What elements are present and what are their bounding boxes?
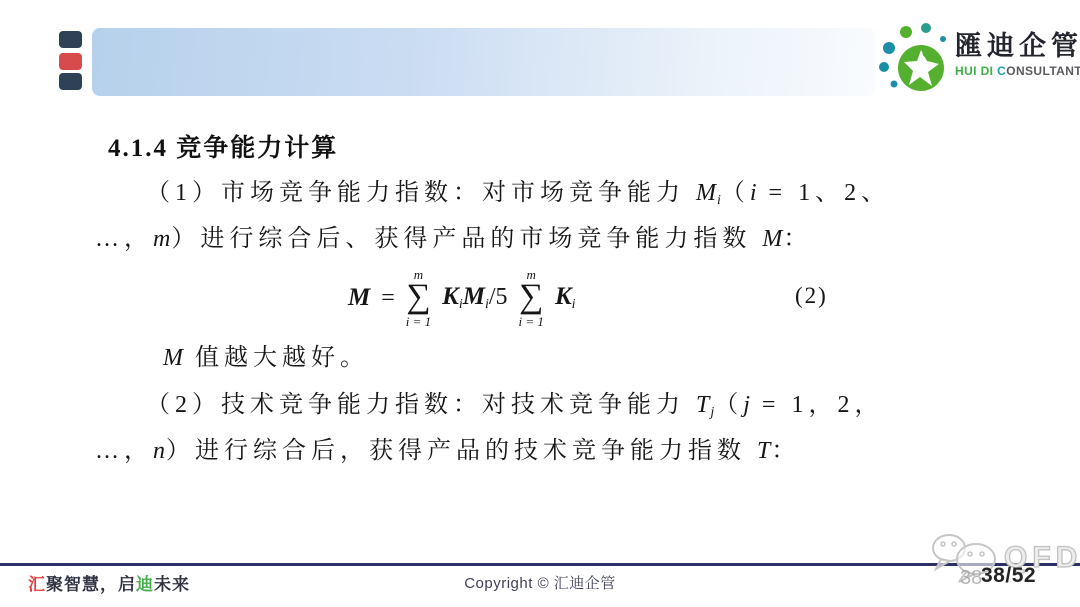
paragraph1-line1: （1）市场竞争能力指数：对市场竞争能力 Mi（i = 1、2、: [146, 172, 890, 209]
m-value-note: M 值越大越好。: [163, 337, 369, 372]
formula-equals: =: [381, 285, 395, 312]
sum2-lower-limit: i = 1: [519, 315, 544, 328]
footer-divider: [0, 563, 1080, 566]
logo-en-teal: C: [997, 64, 1006, 78]
sum1-lower-limit: i = 1: [406, 315, 431, 328]
k-sub: i: [572, 297, 576, 312]
summation-1: m ∑ i = 1: [406, 268, 431, 328]
paragraph2-line1: （2）技术竞争能力指数：对技术竞争能力 Tj（j = 1，2，: [146, 384, 883, 421]
ghost-page-number: 38: [960, 567, 982, 590]
logo-text: 匯迪企管 HUI DI CONSULTANT: [955, 32, 1079, 78]
sigma-icon: ∑: [519, 282, 543, 313]
formula-lhs: M: [348, 284, 370, 312]
header-gradient-bar: [92, 28, 875, 96]
formula-term-ki: Ki: [555, 283, 576, 313]
formula-term-kimi: KiMi/5: [442, 283, 507, 313]
footer-slogan: 汇聚智慧，启迪未来: [28, 570, 190, 595]
logo-en-gray: ONSULTANT: [1006, 64, 1080, 78]
summation-2: m ∑ i = 1: [519, 268, 544, 328]
logo-mark-icon: [876, 20, 954, 98]
section-title: 4.1.4 竞争能力计算: [108, 128, 338, 164]
k-var: K: [442, 283, 459, 310]
deco-square-navy-bottom: [59, 73, 82, 90]
deco-square-navy-top: [59, 31, 82, 48]
logo-en-green: HUI DI: [955, 64, 997, 78]
logo-name-cn: 匯迪企管: [955, 32, 1079, 62]
slide: 匯迪企管 HUI DI CONSULTANT 4.1.4 竞争能力计算 （1）市…: [0, 0, 1080, 607]
footer-copyright: Copyright © 汇迪企管: [464, 572, 616, 593]
paragraph1-line2: …，m）进行综合后、获得产品的市场竞争能力指数 M：: [95, 218, 812, 253]
company-logo: 匯迪企管 HUI DI CONSULTANT: [876, 20, 1076, 98]
k-var: K: [555, 283, 572, 310]
m-var: M: [463, 283, 485, 310]
deco-square-red: [59, 53, 82, 70]
paragraph2-line2: …，n）进行综合后，获得产品的技术竞争能力指数 T：: [95, 430, 800, 465]
sigma-icon: ∑: [406, 282, 430, 313]
logo-name-en: HUI DI CONSULTANT: [955, 64, 1079, 78]
formula-2: M = m ∑ i = 1 KiMi/5 m ∑ i = 1 Ki: [348, 264, 576, 332]
divisor: /5: [489, 284, 508, 310]
page-number: 38/52: [981, 564, 1036, 588]
equation-number: (2): [795, 283, 828, 309]
